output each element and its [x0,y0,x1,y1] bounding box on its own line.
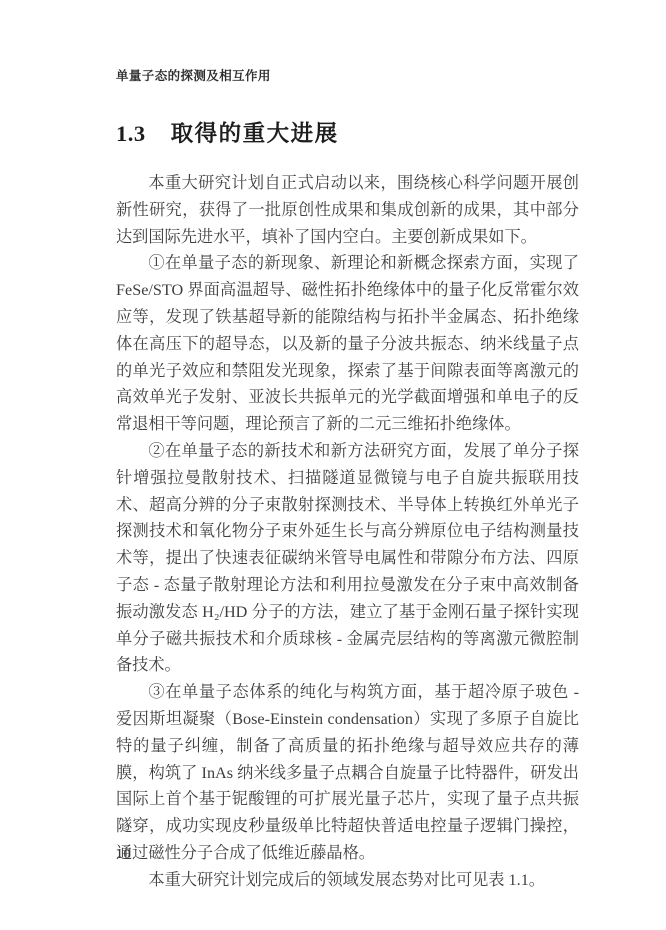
paragraph-closing: 本重大研究计划完成后的领域发展态势对比可见表 1.1。 [116,867,579,894]
running-header: 单量子态的探测及相互作用 [116,66,271,84]
document-page: 单量子态的探测及相互作用 1.3 取得的重大进展 本重大研究计划自正式启动以来，… [0,0,666,930]
paragraph-intro: 本重大研究计划自正式启动以来，围绕核心科学问题开展创新性研究，获得了一批原创性成… [116,170,579,250]
paragraph-item-1: ①在单量子态的新现象、新理论和新概念探索方面，实现了 FeSe/STO 界面高温… [116,250,579,438]
section-number: 1.3 [116,121,146,147]
body-text: 本重大研究计划自正式启动以来，围绕核心科学问题开展创新性研究，获得了一批原创性成… [116,170,579,894]
section-heading: 1.3 取得的重大进展 [116,116,339,148]
paragraph-item-3: ③在单量子态体系的纯化与构筑方面，基于超冷原子玻色 - 爱因斯坦凝聚（Bose-… [116,679,579,867]
paragraph-item-2: ②在单量子态的新技术和新方法研究方面，发展了单分子探针增强拉曼散射技术、扫描隧道… [116,438,579,679]
section-title: 取得的重大进展 [171,116,339,148]
page-number: 10 [116,847,131,863]
